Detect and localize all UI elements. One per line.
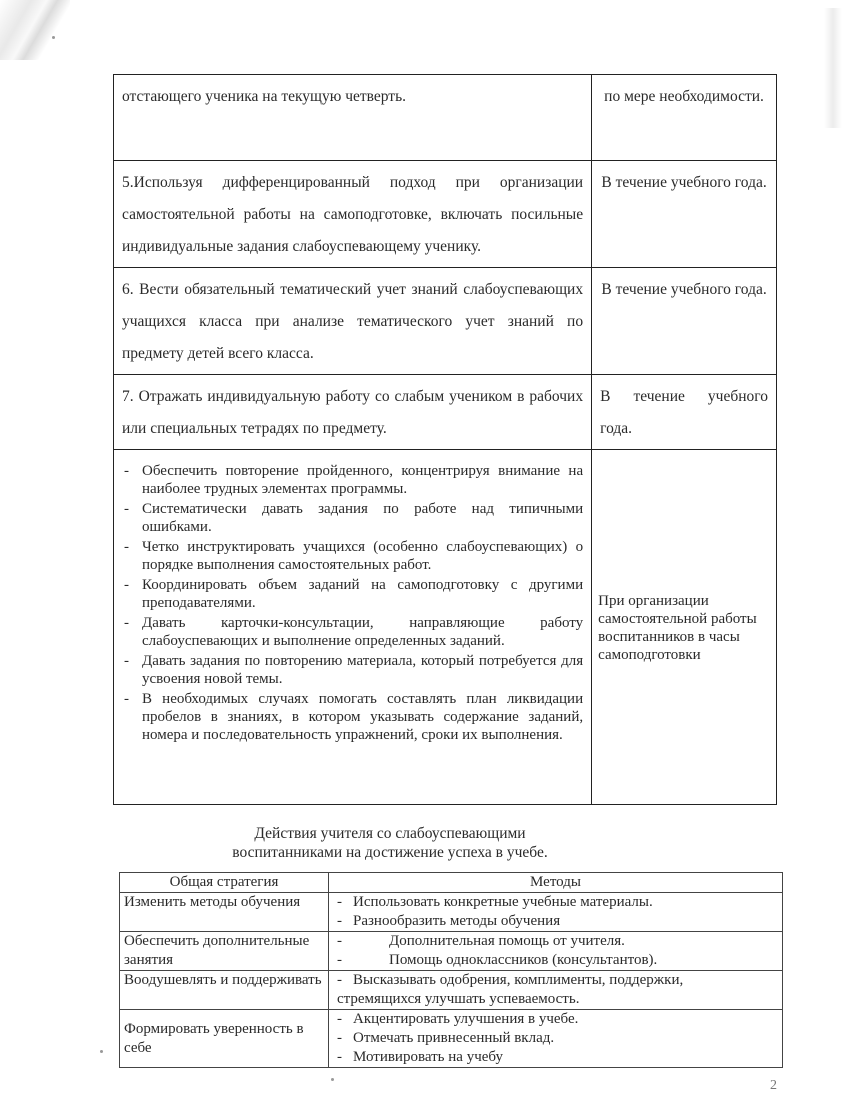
action-cell: 5.Используя дифференцированный подход пр… [114,161,592,268]
recommendations-list: Обеспечить повторение пройденного, конце… [120,462,583,744]
strategy-cell: Изменить методы обучения [120,893,329,932]
section-title-line: Действия учителя со слабоуспевающими [160,824,620,843]
scan-shadow-right [824,8,842,128]
action-plan-table: отстающего ученика на текущую четверть. … [113,74,777,805]
list-item: Четко инструктировать учащихся (особенно… [120,538,583,574]
table-row: отстающего ученика на текущую четверть. … [114,75,777,161]
recommendations-cell: Обеспечить повторение пройденного, конце… [114,450,592,805]
list-item: Помощь одноклассников (консультантов). [333,951,778,970]
timing-cell: по мере необходимости. [592,75,777,161]
table-row: Изменить методы обучения Использовать ко… [120,893,783,932]
list-item: Мотивировать на учебу [333,1048,778,1067]
section-title: Действия учителя со слабоуспевающими вос… [160,824,620,862]
timing-cell: При организации самостоятельной работы в… [592,450,777,805]
list-item: Акцентировать улучшения в учебе. [333,1010,778,1029]
action-cell: 6. Вести обязательный тематический учет … [114,268,592,375]
methods-cell: Использовать конкретные учебные материал… [329,893,783,932]
table-row: 5.Используя дифференцированный подход пр… [114,161,777,268]
scan-speck [52,36,55,39]
page-number: 2 [770,1078,777,1094]
section-title-line: воспитанниками на достижение успеха в уч… [160,843,620,862]
list-item: Давать задания по повторению материала, … [120,652,583,688]
table-row: Формировать уверенность в себе Акцентиро… [120,1010,783,1068]
table-header-row: Общая стратегия Методы [120,873,783,893]
timing-cell: В течение учебного года. [592,268,777,375]
methods-cell: Дополнительная помощь от учителя. Помощь… [329,932,783,971]
table-row: 6. Вести обязательный тематический учет … [114,268,777,375]
strategy-cell: Формировать уверенность в себе [120,1010,329,1068]
action-cell: 7. Отражать индивидуальную работу со сла… [114,375,592,450]
column-header-methods: Методы [329,873,783,893]
scan-speck [331,1078,334,1081]
table-row: Обеспечить дополнительные занятия Дополн… [120,932,783,971]
methods-cell: Высказывать одобрения, комплименты, подд… [329,971,783,1010]
scan-speck [100,1050,103,1053]
strategy-cell: Обеспечить дополнительные занятия [120,932,329,971]
list-item: Координировать объем заданий на самоподг… [120,576,583,612]
list-item: Высказывать одобрения, комплименты, подд… [333,971,778,990]
timing-cell: В течение учебного года. [592,161,777,268]
list-item: Давать карточки-консультации, направляющ… [120,614,583,650]
table-row: Воодушевлять и поддерживать Высказывать … [120,971,783,1010]
list-item: В необходимых случаях помогать составлят… [120,690,583,744]
list-item: Разнообразить методы обучения [333,912,778,931]
scan-shadow-left [0,0,70,60]
list-item: Систематически давать задания по работе … [120,500,583,536]
list-item: Обеспечить повторение пройденного, конце… [120,462,583,498]
table-row: Обеспечить повторение пройденного, конце… [114,450,777,805]
methods-cell: Акцентировать улучшения в учебе. Отмечат… [329,1010,783,1068]
column-header-strategy: Общая стратегия [120,873,329,893]
list-item: Использовать конкретные учебные материал… [333,893,778,912]
list-item: Отмечать привнесенный вклад. [333,1029,778,1048]
action-cell: отстающего ученика на текущую четверть. [114,75,592,161]
methods-table: Общая стратегия Методы Изменить методы о… [119,872,783,1068]
list-item: стремящихся улучшать успеваемость. [333,990,778,1009]
table-row: 7. Отражать индивидуальную работу со сла… [114,375,777,450]
strategy-cell: Воодушевлять и поддерживать [120,971,329,1010]
list-item: Дополнительная помощь от учителя. [333,932,778,951]
timing-cell: В течение учебного года. [592,375,777,450]
